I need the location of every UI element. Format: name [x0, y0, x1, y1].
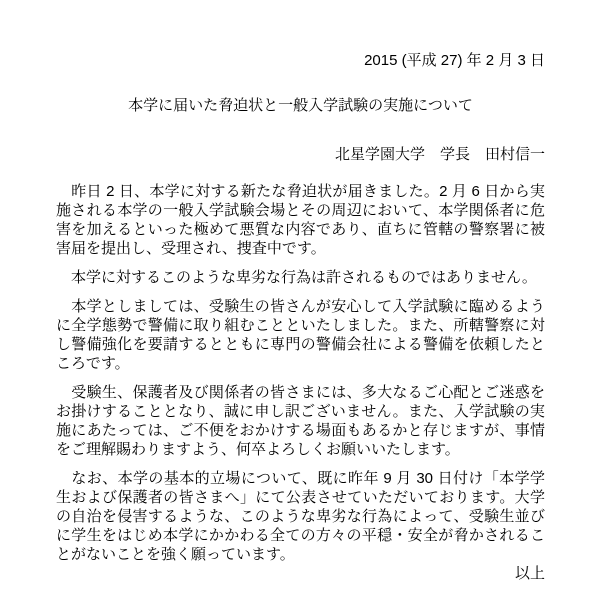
paragraph-apology: 受験生、保護者及び関係者の皆さまには、多大なるご心配とご迷惑をお掛けすることとな… [56, 383, 545, 459]
document-title: 本学に届いた脅迫状と一般入学試験の実施について [56, 96, 545, 115]
signature-line: 北星学園大学 学長 田村信一 [56, 145, 545, 164]
document-date: 2015 (平成 27) 年 2 月 3 日 [56, 51, 545, 70]
paragraph-threat-report: 昨日 2 日、本学に対する新たな脅迫状が届きました。2 月 6 日から実施される… [56, 182, 545, 258]
document-body: 昨日 2 日、本学に対する新たな脅迫状が届きました。2 月 6 日から実施される… [56, 182, 545, 564]
paragraph-security-measures: 本学としましては、受験生の皆さんが安心して入学試験に臨めるように全学態勢で警備に… [56, 297, 545, 373]
document-page: 2015 (平成 27) 年 2 月 3 日 本学に届いた脅迫状と一般入学試験の… [0, 0, 611, 604]
paragraph-basic-position: なお、本学の基本的立場について、既に昨年 9 月 30 日付け「本学学生および保… [56, 469, 545, 564]
closing-word: 以上 [56, 564, 545, 583]
paragraph-condemnation: 本学に対するこのような卑劣な行為は許されるものではありません。 [56, 268, 545, 287]
